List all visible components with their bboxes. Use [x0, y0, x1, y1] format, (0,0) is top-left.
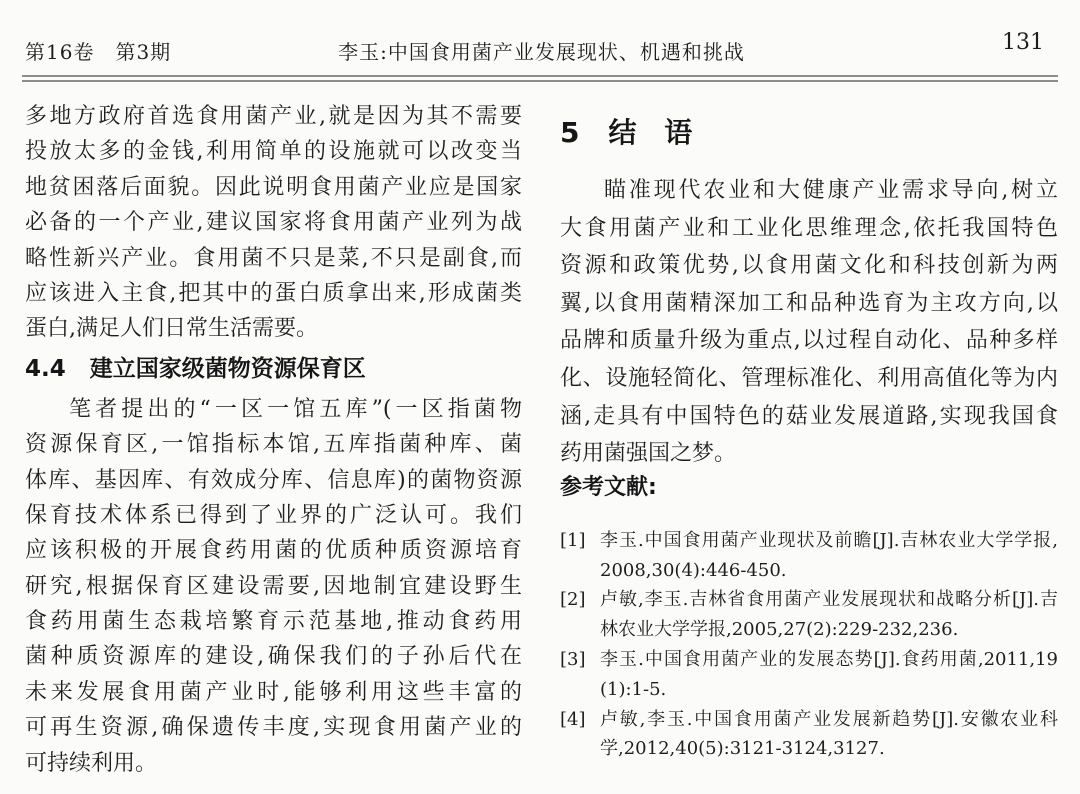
- text-line: 资源保育区,一馆指标本馆,五库指菌种库、菌: [25, 427, 522, 462]
- page-header: 第16卷 第3期 李玉:中国食用菌产业发展现状、机遇和挑战 131: [25, 36, 1058, 62]
- reference-marker: [4]: [560, 705, 600, 765]
- text-line: 研究,根据保育区建设需要,因地制宜建设野生: [25, 569, 522, 604]
- text-line: 必备的一个产业,建议国家将食用菌产业列为战: [25, 205, 522, 240]
- text-line: 可再生资源,确保遗传丰度,实现食用菌产业的: [25, 710, 522, 745]
- text-line: 体库、基因库、有效成分库、信息库)的菌物资源: [25, 463, 522, 498]
- text-line: 卢敏,李玉.中国食用菌产业发展新趋势[J].安徽农业科: [600, 705, 1058, 735]
- text-line: 蛋白,满足人们日常生活需要。: [25, 311, 522, 346]
- reference-marker: [3]: [560, 645, 600, 705]
- conclusion-paragraph: 瞄准现代农业和大健康产业需求导向,树立大食用菌产业和工业化思维理念,依托我国特色…: [560, 172, 1058, 473]
- left-column: 多地方政府首选食用菌产业,就是因为其不需要投放太多的金钱,利用简单的设施就可以改…: [25, 99, 522, 781]
- text-line: 化、设施轻简化、管理标准化、利用高值化等为内: [560, 360, 1058, 398]
- text-line: 大食用菌产业和工业化思维理念,依托我国特色: [560, 210, 1058, 248]
- reference-item: [3]李玉.中国食用菌产业的发展态势[J].食药用菌,2011,19(1):1-…: [560, 645, 1058, 705]
- text-line: 涵,走具有中国特色的菇业发展道路,实现我国食: [560, 398, 1058, 436]
- text-line: 药用菌强国之梦。: [560, 435, 1058, 473]
- reference-marker: [2]: [560, 585, 600, 645]
- text-line: 投放太多的金钱,利用简单的设施就可以改变当: [25, 134, 522, 169]
- section-number: 4.4: [25, 354, 66, 384]
- text-line: 保育技术体系已得到了业界的广泛认可。我们: [25, 498, 522, 533]
- right-column: 5 结 语 瞄准现代农业和大健康产业需求导向,树立大食用菌产业和工业化思维理念,…: [560, 99, 1058, 764]
- text-line: 可持续利用。: [25, 746, 522, 781]
- reference-item: [4]卢敏,李玉.中国食用菌产业发展新趋势[J].安徽农业科学,2012,40(…: [560, 705, 1058, 765]
- text-line: 资源和政策优势,以食用菌文化和科技创新为两: [560, 247, 1058, 285]
- reference-item: [1]李玉.中国食用菌产业现状及前瞻[J].吉林农业大学学报,2008,30(4…: [560, 526, 1058, 586]
- text-line: 多地方政府首选食用菌产业,就是因为其不需要: [25, 99, 522, 134]
- text-line: 笔者提出的“一区一馆五库”(一区指菌物: [25, 392, 522, 427]
- text-line: 卢敏,李玉.吉林省食用菌产业发展现状和战略分析[J].吉: [600, 585, 1058, 615]
- reference-marker: [1]: [560, 526, 600, 586]
- text-line: 李玉.中国食用菌产业现状及前瞻[J].吉林农业大学学报,: [600, 526, 1058, 556]
- references-heading: 参考文献:: [560, 473, 1058, 503]
- reference-item: [2]卢敏,李玉.吉林省食用菌产业发展现状和战略分析[J].吉林农业大学学报,2…: [560, 585, 1058, 645]
- section-title: 结 语: [608, 115, 693, 151]
- reference-text: 卢敏,李玉.中国食用菌产业发展新趋势[J].安徽农业科学,2012,40(5):…: [600, 705, 1058, 765]
- section-heading-5: 5 结 语: [560, 115, 1058, 151]
- text-line: 瞄准现代农业和大健康产业需求导向,树立: [560, 172, 1058, 210]
- paragraph-section-4-4: 笔者提出的“一区一馆五库”(一区指菌物资源保育区,一馆指标本馆,五库指菌种库、菌…: [25, 392, 522, 781]
- section-heading-4-4: 4.4 建立国家级菌物资源保育区: [25, 354, 522, 384]
- reference-list: [1]李玉.中国食用菌产业现状及前瞻[J].吉林农业大学学报,2008,30(4…: [560, 526, 1058, 764]
- text-line: 菌种质资源库的建设,确保我们的子孙后代在: [25, 639, 522, 674]
- header-double-rule: [22, 75, 1058, 82]
- text-line: 食药用菌生态栽培繁育示范基地,推动食药用: [25, 604, 522, 639]
- text-line: 应该积极的开展食药用菌的优质种质资源培育: [25, 533, 522, 568]
- text-line: 未来发展食用菌产业时,能够利用这些丰富的: [25, 675, 522, 710]
- text-line: 地贫困落后面貌。因此说明食用菌产业应是国家: [25, 170, 522, 205]
- text-line: (1):1-5.: [600, 675, 1058, 705]
- paragraph-continued: 多地方政府首选食用菌产业,就是因为其不需要投放太多的金钱,利用简单的设施就可以改…: [25, 99, 522, 347]
- text-line: 品牌和质量升级为重点,以过程自动化、品种多样: [560, 322, 1058, 360]
- text-line: 翼,以食用菌精深加工和品种选育为主攻方向,以: [560, 285, 1058, 323]
- section-number: 5: [560, 115, 580, 151]
- text-line: 林农业大学学报,2005,27(2):229-232,236.: [600, 615, 1058, 645]
- running-title: 李玉:中国食用菌产业发展现状、机遇和挑战: [338, 36, 745, 65]
- section-title: 建立国家级菌物资源保育区: [90, 354, 366, 384]
- page-number: 131: [1002, 30, 1044, 55]
- text-line: 学,2012,40(5):3121-3124,3127.: [600, 734, 1058, 764]
- text-line: 应该进入主食,把其中的蛋白质拿出来,形成菌类: [25, 276, 522, 311]
- reference-text: 李玉.中国食用菌产业的发展态势[J].食药用菌,2011,19(1):1-5.: [600, 645, 1058, 705]
- reference-text: 卢敏,李玉.吉林省食用菌产业发展现状和战略分析[J].吉林农业大学学报,2005…: [600, 585, 1058, 645]
- text-line: 略性新兴产业。食用菌不只是菜,不只是副食,而: [25, 241, 522, 276]
- text-line: 2008,30(4):446-450.: [600, 556, 1058, 586]
- reference-text: 李玉.中国食用菌产业现状及前瞻[J].吉林农业大学学报,2008,30(4):4…: [600, 526, 1058, 586]
- volume-issue-label: 第16卷 第3期: [25, 36, 171, 65]
- journal-page: 第16卷 第3期 李玉:中国食用菌产业发展现状、机遇和挑战 131 多地方政府首…: [0, 0, 1080, 794]
- text-line: 李玉.中国食用菌产业的发展态势[J].食药用菌,2011,19: [600, 645, 1058, 675]
